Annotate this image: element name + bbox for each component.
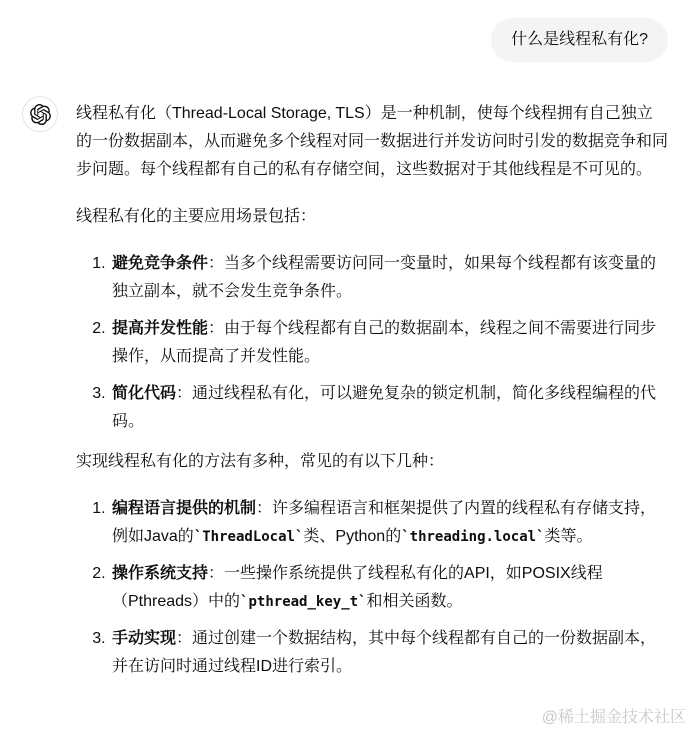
list-item: 手动实现：通过创建一个数据结构，其中每个线程都有自己的一份数据副本，并在访问时通… bbox=[110, 625, 668, 681]
list-item-term: 编程语言提供的机制 bbox=[112, 500, 256, 517]
list-item-text: 类等。 bbox=[545, 528, 593, 545]
inline-code: `threading.local` bbox=[401, 529, 544, 545]
openai-logo-icon bbox=[30, 104, 51, 125]
inline-code: `pthread_key_t` bbox=[240, 594, 366, 610]
assistant-message-row: 线程私有化（Thread-Local Storage, TLS）是一种机制，使每… bbox=[0, 96, 692, 693]
methods-list: 编程语言提供的机制：许多编程语言和框架提供了内置的线程私有存储支持，例如Java… bbox=[76, 495, 668, 681]
list-item-term: 简化代码 bbox=[112, 385, 176, 402]
user-message-row: 什么是线程私有化? bbox=[0, 0, 692, 62]
list-item-text: ：通过创建一个数据结构，其中每个线程都有自己的一份数据副本，并在访问时通过线程I… bbox=[112, 630, 656, 675]
user-message-bubble: 什么是线程私有化? bbox=[491, 18, 668, 62]
watermark: @稀土掘金技术社区 bbox=[542, 704, 686, 727]
assistant-avatar bbox=[22, 96, 58, 132]
intro-paragraph: 线程私有化（Thread-Local Storage, TLS）是一种机制，使每… bbox=[76, 100, 668, 184]
list-item: 简化代码：通过线程私有化，可以避免复杂的锁定机制，简化多线程编程的代码。 bbox=[110, 380, 668, 436]
list-item: 操作系统支持：一些操作系统提供了线程私有化的API，如POSIX线程（Pthre… bbox=[110, 560, 668, 616]
list-item: 提高并发性能：由于每个线程都有自己的数据副本，线程之间不需要进行同步操作，从而提… bbox=[110, 315, 668, 371]
list-item: 编程语言提供的机制：许多编程语言和框架提供了内置的线程私有存储支持，例如Java… bbox=[110, 495, 668, 551]
list-item-term: 避免竞争条件 bbox=[112, 255, 208, 272]
list-item-text: ：通过线程私有化，可以避免复杂的锁定机制，简化多线程编程的代码。 bbox=[112, 385, 656, 430]
scenarios-heading: 线程私有化的主要应用场景包括： bbox=[76, 203, 668, 231]
list-item-term: 手动实现 bbox=[112, 630, 176, 647]
list-item-text: 和相关函数。 bbox=[366, 593, 462, 610]
assistant-message-content: 线程私有化（Thread-Local Storage, TLS）是一种机制，使每… bbox=[76, 96, 668, 693]
list-item: 避免竞争条件：当多个线程需要访问同一变量时，如果每个线程都有该变量的独立副本，就… bbox=[110, 250, 668, 306]
inline-code: `ThreadLocal` bbox=[194, 529, 304, 545]
scenarios-list: 避免竞争条件：当多个线程需要访问同一变量时，如果每个线程都有该变量的独立副本，就… bbox=[76, 250, 668, 436]
methods-heading: 实现线程私有化的方法有多种，常见的有以下几种： bbox=[76, 448, 668, 476]
list-item-term: 操作系统支持 bbox=[112, 565, 208, 582]
user-message-text: 什么是线程私有化? bbox=[511, 31, 648, 48]
list-item-text: 类、Python的 bbox=[303, 528, 401, 545]
chat-conversation-page: { "colors": { "background": "#ffffff", "… bbox=[0, 0, 692, 733]
list-item-term: 提高并发性能 bbox=[112, 320, 208, 337]
